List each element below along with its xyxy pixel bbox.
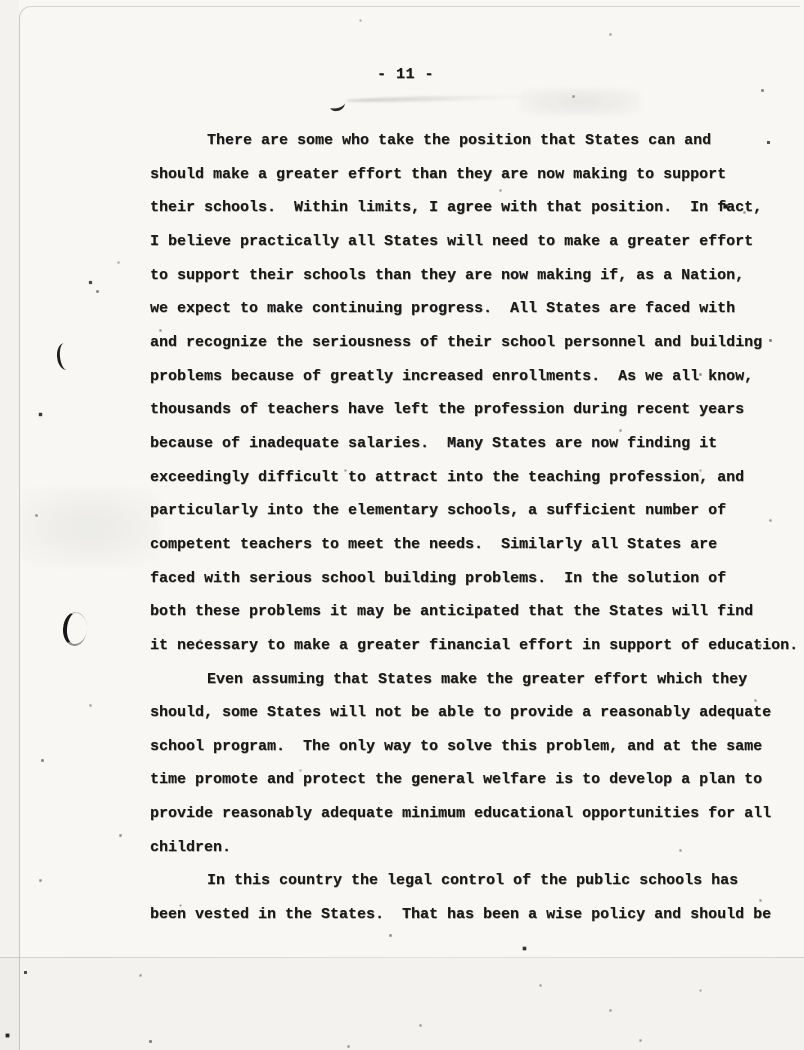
text-line: In this country the legal control of the…	[150, 864, 804, 898]
scan-speckles	[0, 0, 1, 1]
text-line: because of inadequate salaries. Many Sta…	[150, 427, 804, 461]
text-line: both these problems it may be anticipate…	[150, 595, 804, 629]
page-number: - 11 -	[377, 66, 434, 83]
text-line: faced with serious school building probl…	[150, 562, 804, 596]
text-line: time promote and protect the general wel…	[150, 763, 804, 797]
text-line: competent teachers to meet the needs. Si…	[150, 528, 804, 562]
text-line: provide reasonably adequate minimum educ…	[150, 797, 804, 831]
body-text: There are some who take the position tha…	[150, 124, 804, 932]
text-line: There are some who take the position tha…	[150, 124, 804, 158]
text-line: we expect to make continuing progress. A…	[150, 292, 804, 326]
text-line: to support their schools than they are n…	[150, 259, 804, 293]
scanner-margin	[0, 0, 19, 1050]
text-line: their schools. Within limits, I agree wi…	[150, 191, 804, 225]
text-line: school program. The only way to solve th…	[150, 730, 804, 764]
scanned-document-page: - 11 - There are some who take the posit…	[0, 0, 804, 1050]
text-line: problems because of greatly increased en…	[150, 360, 804, 394]
hole-punch-mark	[62, 611, 88, 647]
text-line: particularly into the elementary schools…	[150, 494, 804, 528]
text-line: should make a greater effort than they a…	[150, 158, 804, 192]
text-line: I believe practically all States will ne…	[150, 225, 804, 259]
scan-bottom-shading	[0, 958, 804, 1050]
text-line: exceedingly difficult to attract into th…	[150, 461, 804, 495]
pen-mark-trail	[346, 94, 536, 103]
text-line: children.	[150, 831, 804, 865]
pen-mark	[329, 98, 346, 112]
text-line: Even assuming that States make the great…	[150, 663, 804, 697]
text-line: should, some States will not be able to …	[150, 696, 804, 730]
text-line: been vested in the States. That has been…	[150, 898, 804, 932]
scan-smudge	[520, 88, 640, 116]
text-line: it necessary to make a greater financial…	[150, 629, 804, 663]
scan-smudge	[20, 488, 160, 566]
hole-punch-mark	[56, 342, 76, 371]
text-line: and recognize the seriousness of their s…	[150, 326, 804, 360]
text-line: thousands of teachers have left the prof…	[150, 393, 804, 427]
